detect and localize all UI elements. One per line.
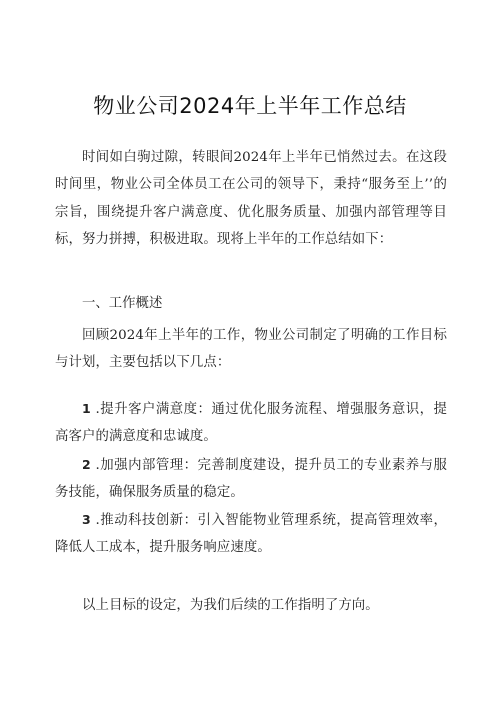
goal-number: 3 bbox=[82, 512, 91, 527]
closing-paragraph: 以上目标的设定，为我们后续的工作指明了方向。 bbox=[55, 592, 447, 619]
intro-text: 时间如白驹过隙，转眼间2024年上半年已悄然过去。在这段时间里，物业公司全体员工… bbox=[55, 144, 447, 253]
intro-paragraph: 时间如白驹过隙，转眼间2024年上半年已悄然过去。在这段时间里，物业公司全体员工… bbox=[55, 144, 447, 253]
section-heading: 一、工作概述 bbox=[82, 290, 162, 317]
goal-item: 1 .提升客户满意度：通过优化服务流程、增强服务意识，提高客户的满意度和忠诚度。 bbox=[55, 395, 447, 451]
closing-text: 以上目标的设定，为我们后续的工作指明了方向。 bbox=[55, 592, 447, 619]
goal-text: .加强内部管理：完善制度建设，提升员工的专业素养与服务技能，确保服务质量的稳定。 bbox=[55, 458, 447, 500]
document-page: 物业公司2024年上半年工作总结 时间如白驹过隙，转眼间2024年上半年已悄然过… bbox=[0, 0, 500, 707]
goal-number: 1 bbox=[82, 401, 91, 416]
goal-item: 3 .推动科技创新：引入智能物业管理系统，提高管理效率，降低人工成本，提升服务响… bbox=[55, 506, 447, 562]
goal-item: 2 .加强内部管理：完善制度建设，提升员工的专业素养与服务技能，确保服务质量的稳… bbox=[55, 451, 447, 507]
goal-text: .推动科技创新：引入智能物业管理系统，提高管理效率，降低人工成本，提升服务响应速… bbox=[55, 513, 447, 555]
overview-text: 回顾2024年上半年的工作，物业公司制定了明确的工作目标与计划，主要包括以下几点… bbox=[55, 322, 447, 377]
document-title: 物业公司2024年上半年工作总结 bbox=[0, 90, 500, 120]
goals-list: 1 .提升客户满意度：通过优化服务流程、增强服务意识，提高客户的满意度和忠诚度。… bbox=[55, 395, 447, 562]
overview-paragraph: 回顾2024年上半年的工作，物业公司制定了明确的工作目标与计划，主要包括以下几点… bbox=[55, 322, 447, 377]
goal-text: .提升客户满意度：通过优化服务流程、增强服务意识，提高客户的满意度和忠诚度。 bbox=[55, 402, 447, 444]
goal-number: 2 bbox=[82, 457, 91, 472]
